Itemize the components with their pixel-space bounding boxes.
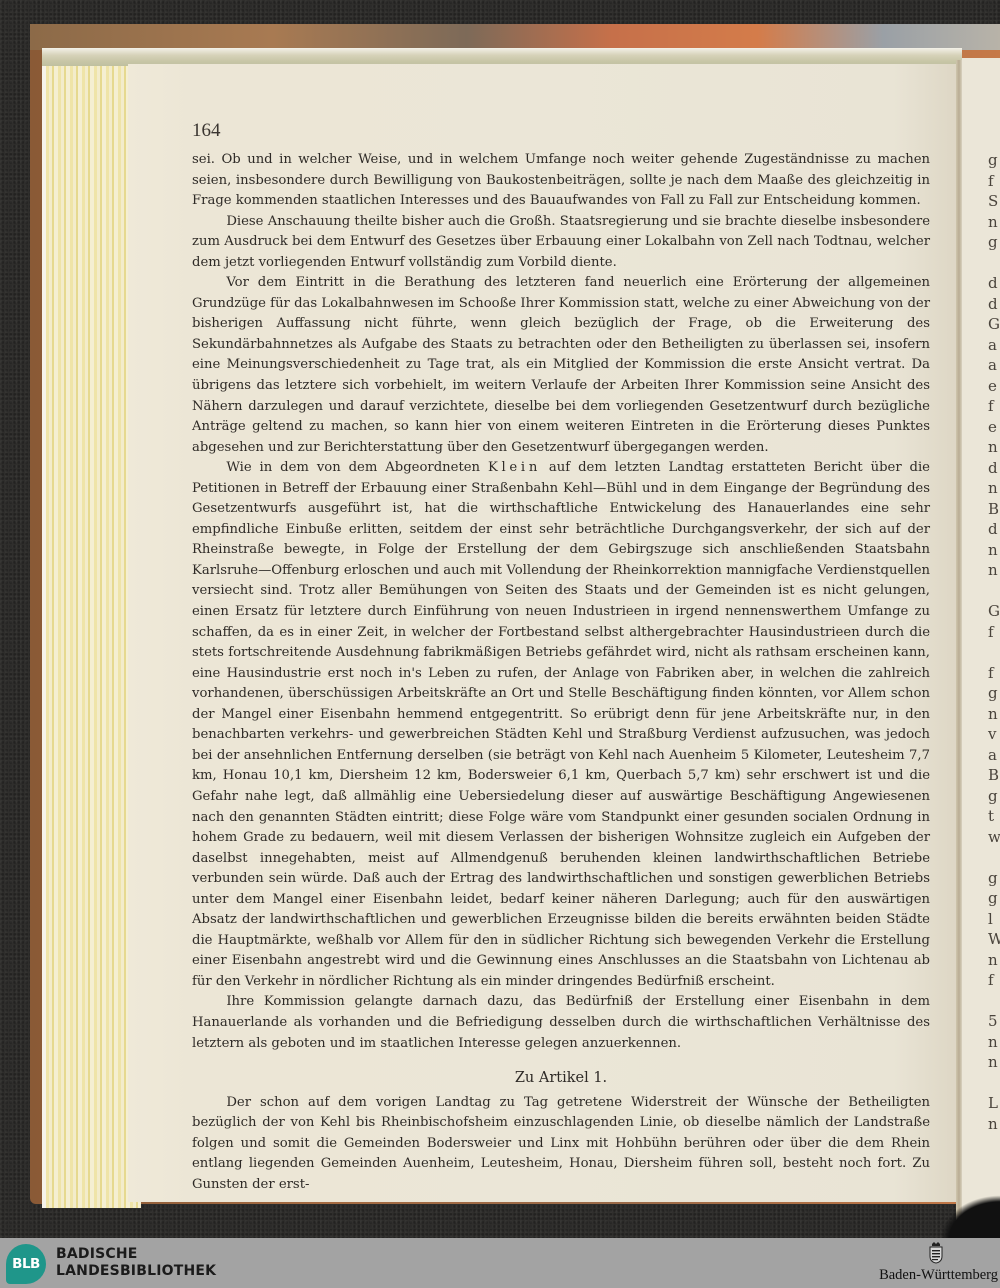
facing-page-edge: g f S n g d d G a a e f e n d n B d n n … [962, 58, 1000, 1218]
library-name[interactable]: BADISCHE LANDESBIBLIOTHEK [56, 1246, 216, 1280]
page-edge-stack [42, 48, 141, 1208]
paragraph: Der schon auf dem vorigen Landtag zu Tag… [192, 1093, 930, 1196]
page-body-text: sei. Ob und in welcher Weise, und in wel… [192, 150, 930, 1195]
paragraph: sei. Ob und in welcher Weise, und in wel… [192, 150, 930, 212]
state-name[interactable]: Baden-Württemberg [879, 1267, 998, 1284]
library-name-line2: LANDESBIBLIOTHEK [56, 1263, 216, 1280]
section-heading: Zu Artikel 1. [192, 1068, 930, 1089]
paragraph: Ihre Kommission gelangte darnach dazu, d… [192, 992, 930, 1054]
paragraph-text: auf dem letzten Landtag erstatteten Beri… [192, 460, 930, 989]
coat-of-arms-icon [929, 1242, 943, 1264]
page-corner-shadow [940, 1195, 1000, 1240]
book-cover-top-edge [30, 24, 1000, 50]
facing-page-text-fragments: g f S n g d d G a a e f e n d n B d n n … [988, 150, 1000, 1134]
footer-bar: BLB BADISCHE LANDESBIBLIOTHEK Baden-Würt… [0, 1238, 1000, 1288]
paragraph: Vor dem Eintritt in die Berathung des le… [192, 273, 930, 458]
paragraph: Wie in dem von dem Abgeordneten Klein au… [192, 458, 930, 992]
blb-logo[interactable]: BLB [6, 1244, 46, 1284]
paragraph-text: Wie in dem von dem Abgeordneten [226, 460, 488, 475]
library-name-line1: BADISCHE [56, 1246, 216, 1263]
page-number: 164 [192, 120, 221, 142]
emphasized-name: Klein [488, 460, 541, 475]
paragraph: Diese Anschauung theilte bisher auch die… [192, 212, 930, 274]
blb-logo-text: BLB [12, 1256, 40, 1272]
